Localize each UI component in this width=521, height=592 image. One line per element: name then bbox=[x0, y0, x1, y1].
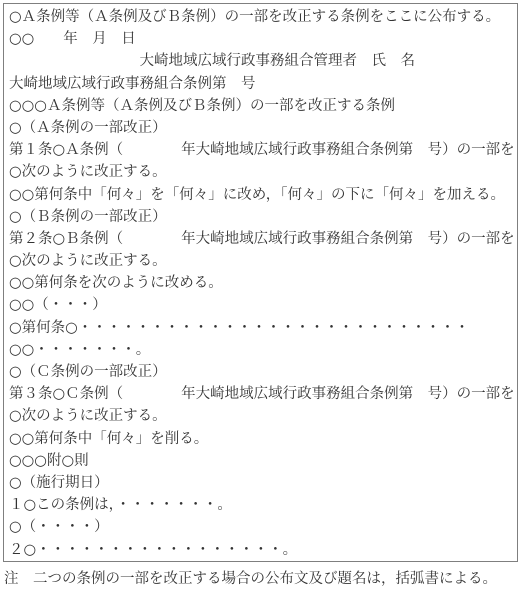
note-line: 注 二つの条例の一部を改正する場合の公布文及び題名は，括弧書による。 bbox=[4, 569, 497, 589]
document-line: １○この条例は，・・・・・・・。 bbox=[9, 494, 517, 516]
document-line: ○○第何条中「何々」を削る。 bbox=[9, 428, 517, 450]
document-frame: ○Ａ条例等（Ａ条例及びＢ条例）の一部を改正する条例をここに公布する。 ○○ 年 … bbox=[3, 3, 518, 562]
document-line: ○○○附○則 bbox=[9, 450, 517, 472]
document-line: ○（施行期日） bbox=[9, 472, 517, 494]
document-line: ○第何条○・・・・・・・・・・・・・・・・・・・・・・・・・・・ bbox=[9, 317, 517, 339]
document-line: ○○・・・・・・・。 bbox=[9, 339, 517, 361]
document-line: ２○・・・・・・・・・・・・・・・・・。 bbox=[9, 539, 517, 561]
document-line: ○次のように改正する。 bbox=[9, 405, 517, 427]
document-line: ○（Ｂ条例の一部改正） bbox=[9, 206, 517, 228]
document-line: ○○第何条を次のように改める。 bbox=[9, 272, 517, 294]
document-line: ○○第何条中「何々」を「何々」に改め，「何々」の下に「何々」を加える。 bbox=[9, 184, 517, 206]
document-line: ○○（・・・） bbox=[9, 294, 517, 316]
document-line: ○○○Ａ条例等（Ａ条例及びＢ条例）の一部を改正する条例 bbox=[9, 95, 517, 117]
ordinance-template-document: ○Ａ条例等（Ａ条例及びＢ条例）の一部を改正する条例をここに公布する。 ○○ 年 … bbox=[0, 0, 521, 592]
document-line: ○Ａ条例等（Ａ条例及びＢ条例）の一部を改正する条例をここに公布する。 bbox=[9, 6, 517, 28]
document-line: ○（・・・・） bbox=[9, 516, 517, 538]
document-line: 大崎地域広域行政事務組合条例第 号 bbox=[9, 73, 517, 95]
document-line: ○（Ａ条例の一部改正） bbox=[9, 117, 517, 139]
document-line: 第２条○Ｂ条例（ 年大崎地域広域行政事務組合条例第 号）の一部を bbox=[9, 228, 517, 250]
document-line: 第３条○Ｃ条例（ 年大崎地域広域行政事務組合条例第 号）の一部を bbox=[9, 383, 517, 405]
document-line: 第１条○Ａ条例（ 年大崎地域広域行政事務組合条例第 号）の一部を bbox=[9, 139, 517, 161]
document-line: ○（Ｃ条例の一部改正） bbox=[9, 361, 517, 383]
document-line: ○次のように改正する。 bbox=[9, 161, 517, 183]
document-line: 大崎地域広域行政事務組合管理者 氏 名 bbox=[9, 50, 517, 72]
document-line: ○次のように改正する。 bbox=[9, 250, 517, 272]
document-line: ○○ 年 月 日 bbox=[9, 28, 517, 50]
